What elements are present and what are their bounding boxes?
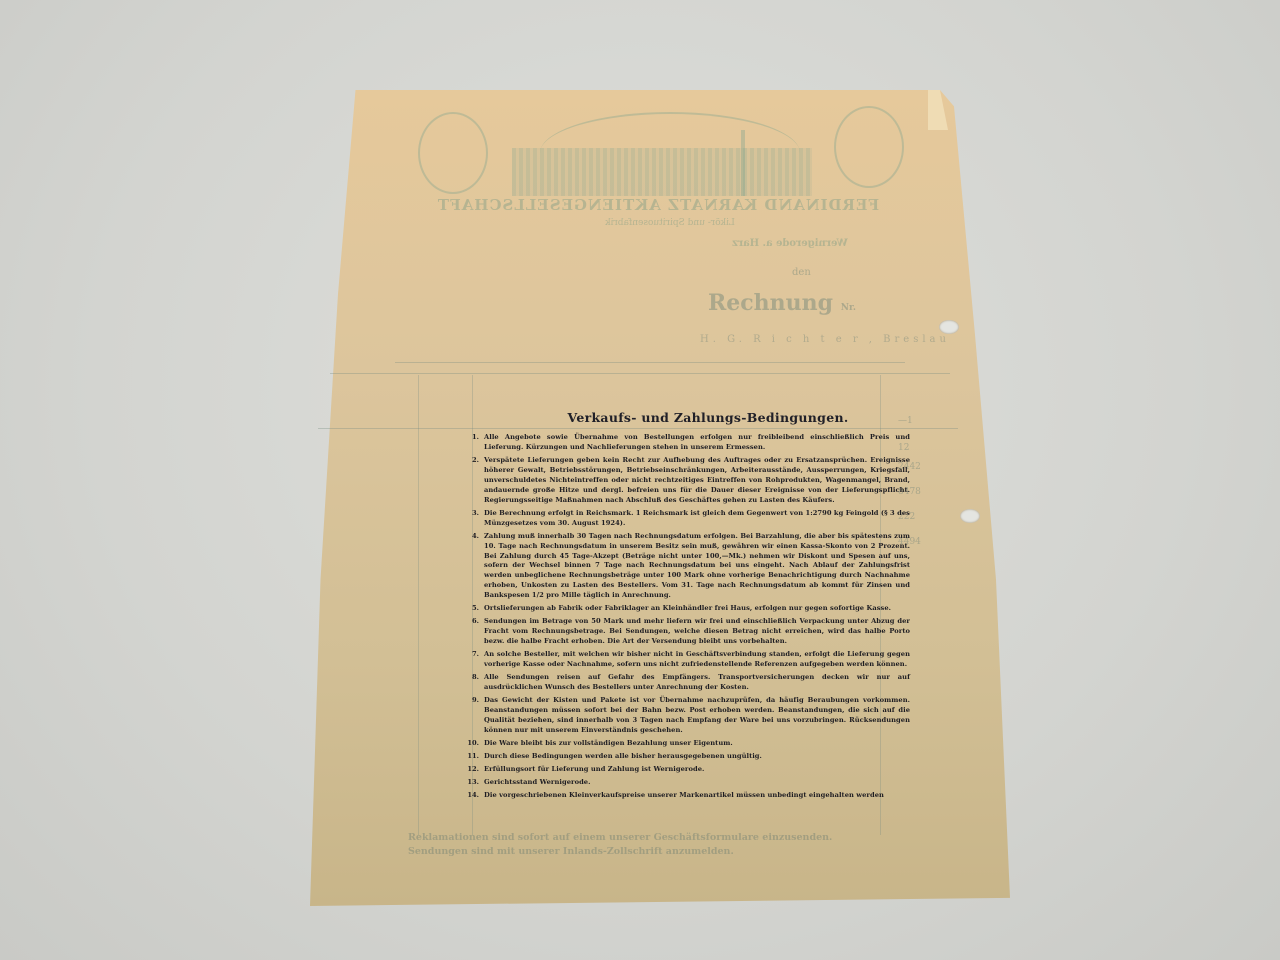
ghost-medal-left-icon bbox=[418, 112, 488, 194]
term-text: Durch diese Bedingungen werden alle bish… bbox=[484, 752, 910, 762]
ghost-company-name: FERDINAND KARNATZ AKTIENGESELLSCHAFT bbox=[398, 196, 918, 214]
term-number: 3. bbox=[462, 509, 484, 529]
term-item: 10. Die Ware bleibt bis zur vollständige… bbox=[462, 739, 910, 749]
term-text: Das Gewicht der Kisten und Pakete ist vo… bbox=[484, 696, 910, 736]
term-item: 4. Zahlung muß innerhalb 30 Tagen nach R… bbox=[462, 532, 910, 601]
term-number: 13. bbox=[462, 778, 484, 788]
term-item: 7. An solche Besteller, mit welchen wir … bbox=[462, 650, 910, 670]
term-number: 11. bbox=[462, 752, 484, 762]
ghost-chimney-icon bbox=[741, 130, 745, 196]
term-text: Die Ware bleibt bis zur vollständigen Be… bbox=[484, 739, 910, 749]
term-number: 12. bbox=[462, 765, 484, 775]
ghost-rule-header bbox=[330, 373, 950, 374]
term-number: 1. bbox=[462, 433, 484, 453]
term-number: 7. bbox=[462, 650, 484, 670]
term-number: 2. bbox=[462, 456, 484, 506]
term-number: 5. bbox=[462, 604, 484, 614]
ghost-invoice-title: Rechnung Nr. bbox=[708, 290, 856, 316]
term-item: 3. Die Berechnung erfolgt in Reichsmark.… bbox=[462, 509, 910, 529]
ghost-factory-illustration-icon bbox=[512, 148, 812, 196]
punch-hole-lower bbox=[960, 509, 980, 523]
punch-hole-upper bbox=[939, 320, 959, 334]
term-text: Verspätete Lieferungen geben kein Recht … bbox=[484, 456, 910, 506]
ghost-date-label: den bbox=[792, 267, 811, 278]
ghost-column-divider bbox=[418, 375, 419, 835]
ghost-company-location: Wernigerode a. Harz bbox=[700, 238, 880, 249]
term-text: Die Berechnung erfolgt in Reichsmark. 1 … bbox=[484, 509, 910, 529]
ghost-footer-line-2: Sendungen sind mit unserer Inlands-Zolls… bbox=[408, 846, 734, 857]
photo-scene: FERDINAND KARNATZ AKTIENGESELLSCHAFT Lik… bbox=[0, 0, 1280, 960]
term-item: 8. Alle Sendungen reisen auf Gefahr des … bbox=[462, 673, 910, 693]
term-number: 9. bbox=[462, 696, 484, 736]
term-number: 4. bbox=[462, 532, 484, 601]
term-text: Alle Sendungen reisen auf Gefahr des Emp… bbox=[484, 673, 910, 693]
ghost-invoice-number-label: Nr. bbox=[841, 303, 856, 313]
term-item: 12. Erfüllungsort für Lieferung und Zahl… bbox=[462, 765, 910, 775]
term-text: Die vorgeschriebenen Kleinverkaufspreise… bbox=[484, 791, 910, 801]
term-text: Gerichtsstand Wernigerode. bbox=[484, 778, 910, 788]
ghost-company-subtitle: Likör- und Spirituosenfabrik bbox=[520, 218, 820, 228]
terms-and-conditions: Verkaufs- und Zahlungs-Bedingungen. 1. A… bbox=[462, 410, 910, 805]
ghost-rule-top bbox=[395, 362, 905, 363]
ghost-medal-right-icon bbox=[834, 106, 904, 188]
term-item: 6. Sendungen im Betrage von 50 Mark und … bbox=[462, 617, 910, 647]
term-item: 5. Ortslieferungen ab Fabrik oder Fabrik… bbox=[462, 604, 910, 614]
term-text: Zahlung muß innerhalb 30 Tagen nach Rech… bbox=[484, 532, 910, 601]
terms-title: Verkaufs- und Zahlungs-Bedingungen. bbox=[506, 410, 910, 425]
term-item: 13. Gerichtsstand Wernigerode. bbox=[462, 778, 910, 788]
ghost-invoice-title-text: Rechnung bbox=[708, 290, 833, 316]
term-number: 14. bbox=[462, 791, 484, 801]
terms-list: 1. Alle Angebote sowie Übernahme von Bes… bbox=[462, 433, 910, 801]
term-text: Sendungen im Betrage von 50 Mark und meh… bbox=[484, 617, 910, 647]
term-text: Erfüllungsort für Lieferung und Zahlung … bbox=[484, 765, 910, 775]
term-number: 8. bbox=[462, 673, 484, 693]
term-text: An solche Besteller, mit welchen wir bis… bbox=[484, 650, 910, 670]
term-number: 10. bbox=[462, 739, 484, 749]
term-text: Ortslieferungen ab Fabrik oder Fabriklag… bbox=[484, 604, 910, 614]
term-item: 1. Alle Angebote sowie Übernahme von Bes… bbox=[462, 433, 910, 453]
term-item: 2. Verspätete Lieferungen geben kein Rec… bbox=[462, 456, 910, 506]
term-item: 9. Das Gewicht der Kisten und Pakete ist… bbox=[462, 696, 910, 736]
ghost-recipient: H. G. R i c h t e r , Breslau bbox=[700, 334, 950, 345]
term-text: Alle Angebote sowie Übernahme von Bestel… bbox=[484, 433, 910, 453]
term-number: 6. bbox=[462, 617, 484, 647]
term-item: 11. Durch diese Bedingungen werden alle … bbox=[462, 752, 910, 762]
ghost-footer-line-1: Reklamationen sind sofort auf einem unse… bbox=[408, 832, 832, 843]
term-item: 14. Die vorgeschriebenen Kleinverkaufspr… bbox=[462, 791, 910, 801]
